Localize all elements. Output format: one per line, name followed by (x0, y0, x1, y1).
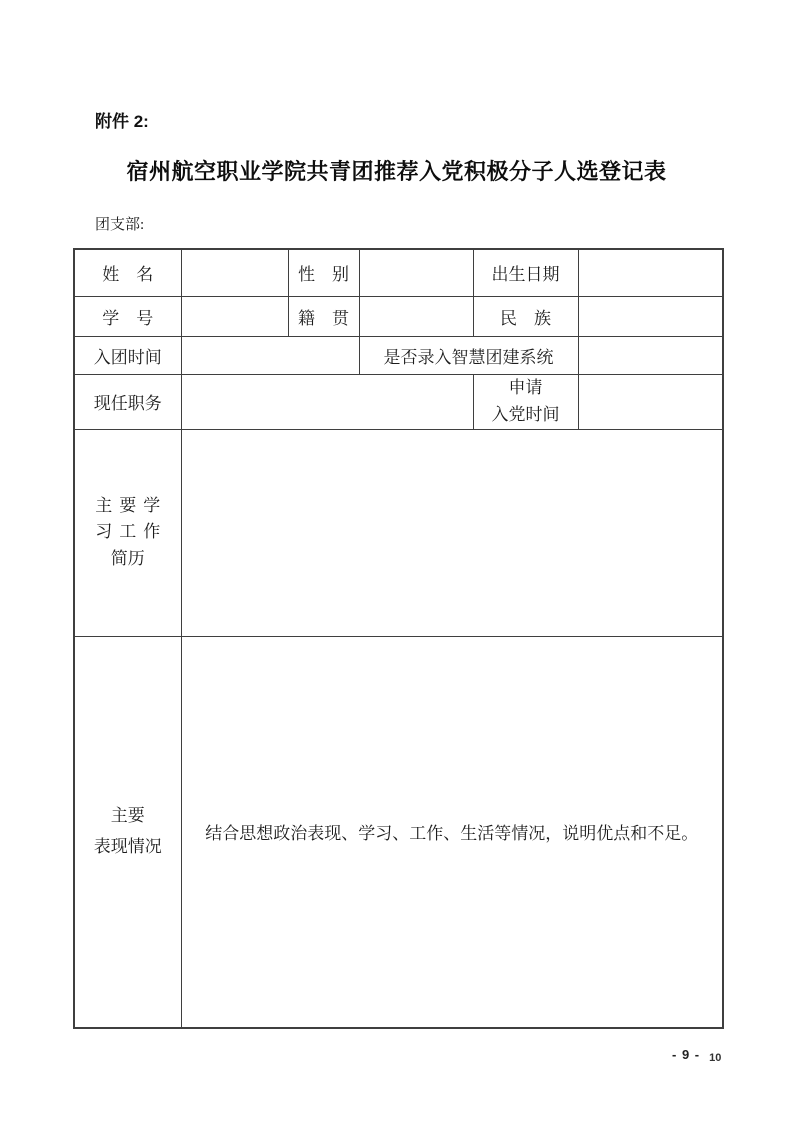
table-row: 主要学 习工作 简历 (74, 429, 723, 636)
league-join-time-value-cell (181, 336, 359, 374)
resume-value-cell (181, 429, 723, 636)
current-position-label-cell: 现任职务 (74, 374, 181, 429)
party-apply-time-label-line2: 入党时间 (474, 402, 578, 428)
student-id-label-cell: 学 号 (74, 296, 181, 336)
native-place-label-cell: 籍 贯 (288, 296, 359, 336)
page-footer: - 9 -10 (672, 1046, 721, 1064)
page-number-secondary: 10 (709, 1052, 721, 1064)
resume-label-line2: 习工作 (82, 519, 181, 545)
page-title: 宿州航空职业学院共青团推荐入党积极分子人选登记表 (0, 155, 793, 186)
table-row: 姓 名 性 别 出生日期 (74, 249, 723, 296)
party-apply-time-label-cell: 申请 入党时间 (473, 374, 578, 429)
name-value-cell (181, 249, 288, 296)
ethnicity-value-cell (578, 296, 723, 336)
resume-label-line3: 简历 (75, 546, 181, 572)
party-apply-time-label-line1: 申请 (474, 375, 578, 401)
ethnicity-label-cell: 民 族 (473, 296, 578, 336)
party-apply-time-value-cell (578, 374, 723, 429)
registration-form-table: 姓 名 性 别 出生日期 学 号 籍 贯 民 族 入团时间 是否录入智慧团建系统… (73, 248, 724, 1029)
performance-label-cell: 主要 表现情况 (74, 636, 181, 1028)
resume-label-cell: 主要学 习工作 简历 (74, 429, 181, 636)
resume-label-line1: 主要学 (82, 493, 181, 519)
attachment-label: 附件 2: (95, 107, 149, 132)
performance-content-cell: 结合思想政治表现、学习、工作、生活等情况，说明优点和不足。 (181, 636, 723, 1028)
current-position-value-cell (181, 374, 473, 429)
page-number: - 9 - (672, 1047, 700, 1062)
league-join-time-label-cell: 入团时间 (74, 336, 181, 374)
gender-label-cell: 性 别 (288, 249, 359, 296)
birth-date-label-cell: 出生日期 (473, 249, 578, 296)
native-place-value-cell (359, 296, 473, 336)
table-row: 现任职务 申请 入党时间 (74, 374, 723, 429)
league-branch-label: 团支部: (95, 213, 144, 234)
smart-system-value-cell (578, 336, 723, 374)
table-row: 入团时间 是否录入智慧团建系统 (74, 336, 723, 374)
table-row: 主要 表现情况 结合思想政治表现、学习、工作、生活等情况，说明优点和不足。 (74, 636, 723, 1028)
smart-system-label-cell: 是否录入智慧团建系统 (359, 336, 578, 374)
birth-date-value-cell (578, 249, 723, 296)
performance-label-line1: 主要 (75, 801, 181, 832)
name-label-cell: 姓 名 (74, 249, 181, 296)
student-id-value-cell (181, 296, 288, 336)
gender-value-cell (359, 249, 473, 296)
performance-label-line2: 表现情况 (75, 832, 181, 863)
table-row: 学 号 籍 贯 民 族 (74, 296, 723, 336)
document-page: 附件 2: 宿州航空职业学院共青团推荐入党积极分子人选登记表 团支部: 姓 名 … (0, 0, 793, 1122)
